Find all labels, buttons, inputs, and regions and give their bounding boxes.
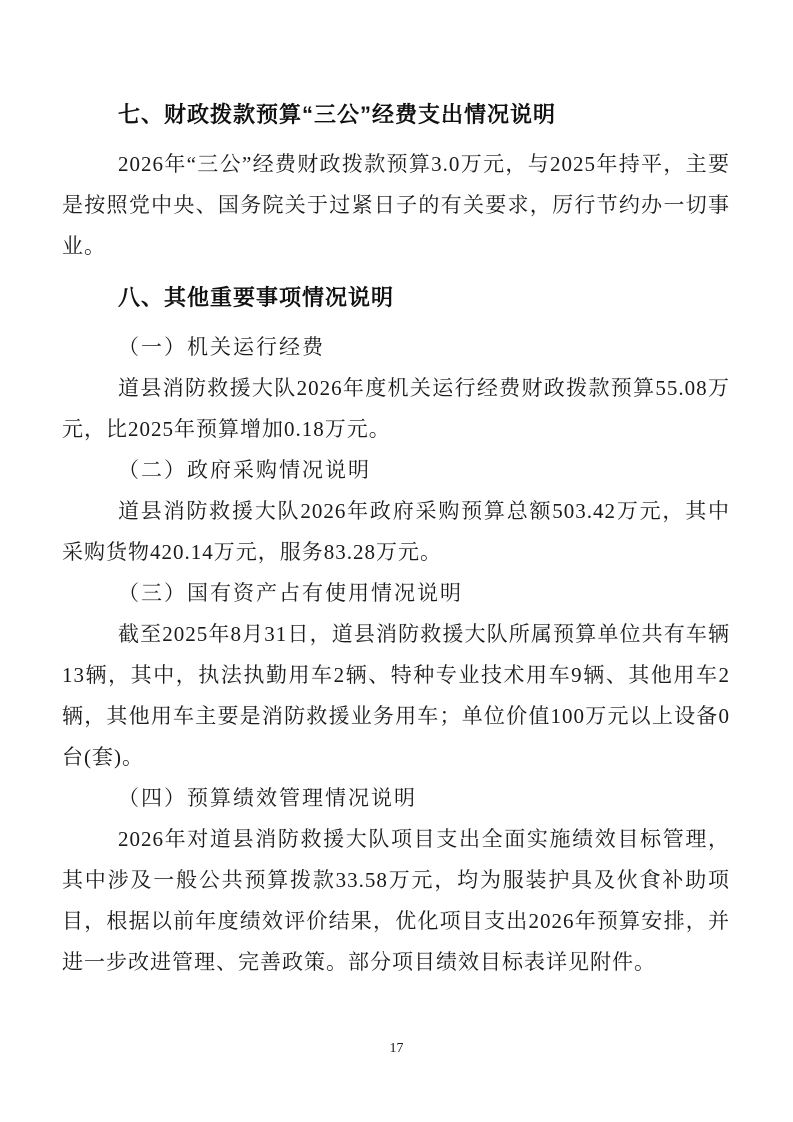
paragraph-three-public-budget: 2026年“三公”经费财政拨款预算3.0万元，与2025年持平，主要是按照党中央… xyxy=(62,144,730,267)
document-body: 七、财政拨款预算“三公”经费支出情况说明 2026年“三公”经费财政拨款预算3.… xyxy=(62,84,730,983)
document-page: 七、财政拨款预算“三公”经费支出情况说明 2026年“三公”经费财政拨款预算3.… xyxy=(0,0,793,1122)
section-heading-eight-other-important-matters: 八、其他重要事项情况说明 xyxy=(62,277,730,318)
paragraph-budget-performance-management: 2026年对道县消防救援大队项目支出全面实施绩效目标管理，其中涉及一般公共预算拨… xyxy=(62,819,730,983)
paragraph-government-procurement: 道县消防救援大队2026年政府采购预算总额503.42万元，其中采购货物420.… xyxy=(62,491,730,573)
subheading-government-procurement: （二）政府采购情况说明 xyxy=(62,450,730,491)
section-heading-seven-three-public-expenses: 七、财政拨款预算“三公”经费支出情况说明 xyxy=(62,94,730,135)
page-number: 17 xyxy=(0,1041,793,1057)
paragraph-agency-operating-funds: 道县消防救援大队2026年度机关运行经费财政拨款预算55.08万元，比2025年… xyxy=(62,368,730,450)
paragraph-state-owned-assets: 截至2025年8月31日，道县消防救援大队所属预算单位共有车辆13辆，其中，执法… xyxy=(62,614,730,778)
subheading-budget-performance-management: （四）预算绩效管理情况说明 xyxy=(62,778,730,819)
subheading-agency-operating-funds: （一）机关运行经费 xyxy=(62,327,730,368)
subheading-state-owned-assets: （三）国有资产占有使用情况说明 xyxy=(62,573,730,614)
